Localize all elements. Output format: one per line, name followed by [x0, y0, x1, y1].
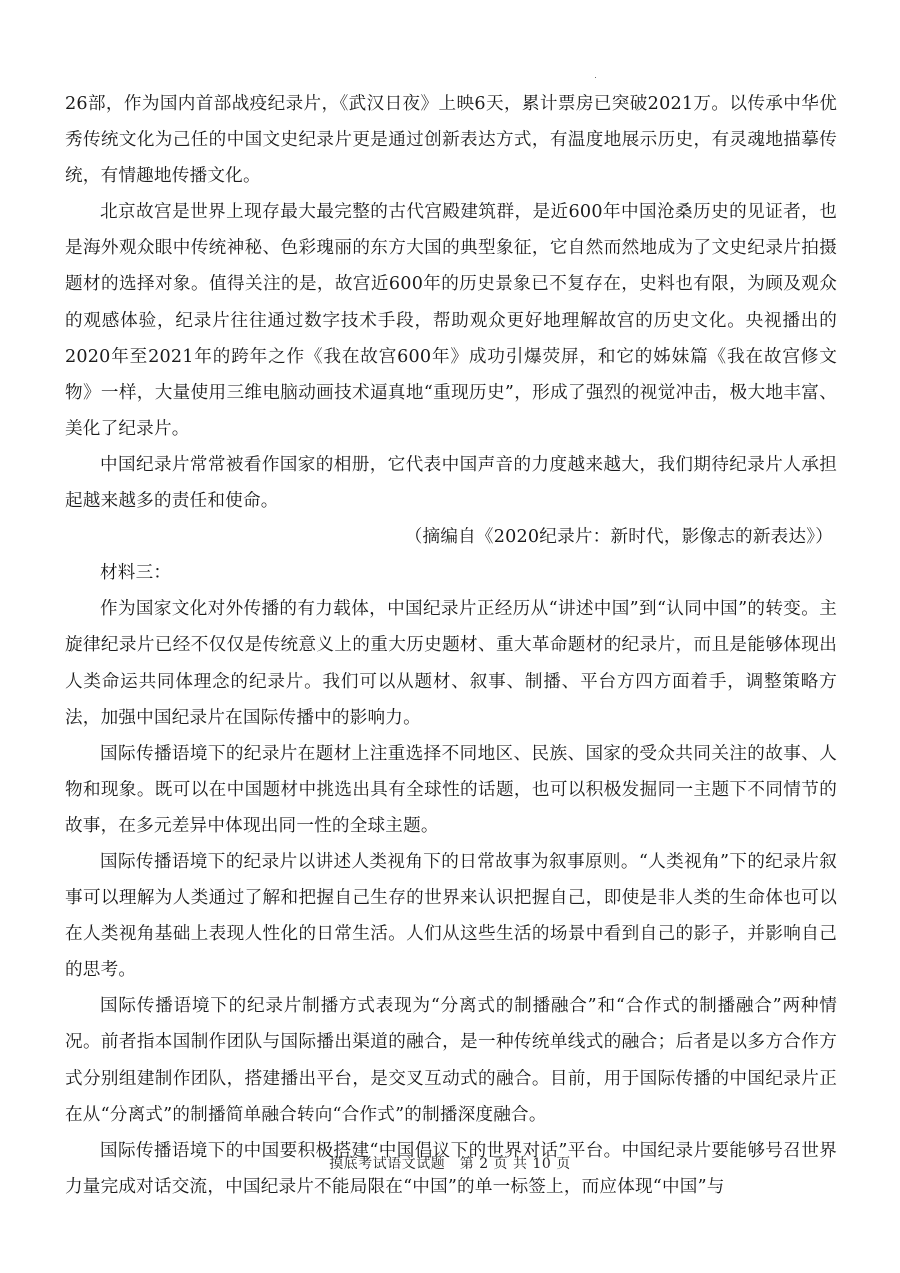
source-citation: （摘编自《2020纪录片：新时代，影像志的新表达》）	[65, 519, 837, 555]
scan-speck	[595, 77, 596, 78]
paragraph-narrative-principle: 国际传播语境下的纪录片以讲述人类视角下的日常故事为叙事原则。“人类视角”下的纪录…	[65, 844, 837, 988]
paragraph-topic-selection: 国际传播语境下的纪录片在题材上注重选择不同地区、民族、国家的受众共同关注的故事、…	[65, 736, 837, 844]
paragraph-national-album: 中国纪录片常常被看作国家的相册，它代表中国声音的力度越来越大，我们期待纪录片人承…	[65, 447, 837, 519]
article-body: 26部，作为国内首部战疫纪录片，《武汉日夜》上映6天，累计票房已突破2021万。…	[65, 86, 837, 1205]
material-three-label: 材料三：	[65, 555, 837, 591]
page-footer: 摸底考试语文试题 第 2 页 共 10 页	[0, 1153, 900, 1173]
paragraph-production-broadcast: 国际传播语境下的纪录片制播方式表现为“分离式的制播融合”和“合作式的制播融合”两…	[65, 988, 837, 1132]
paragraph-continuation: 26部，作为国内首部战疫纪录片，《武汉日夜》上映6天，累计票房已突破2021万。…	[65, 86, 837, 194]
paragraph-forbidden-city: 北京故宫是世界上现存最大最完整的古代宫殿建筑群，是近600年中国沧桑历史的见证者…	[65, 194, 837, 447]
exam-page: 26部，作为国内首部战疫纪录片，《武汉日夜》上映6天，累计票房已突破2021万。…	[0, 0, 900, 1273]
paragraph-international-carrier: 作为国家文化对外传播的有力载体，中国纪录片正经历从“讲述中国”到“认同中国”的转…	[65, 591, 837, 735]
